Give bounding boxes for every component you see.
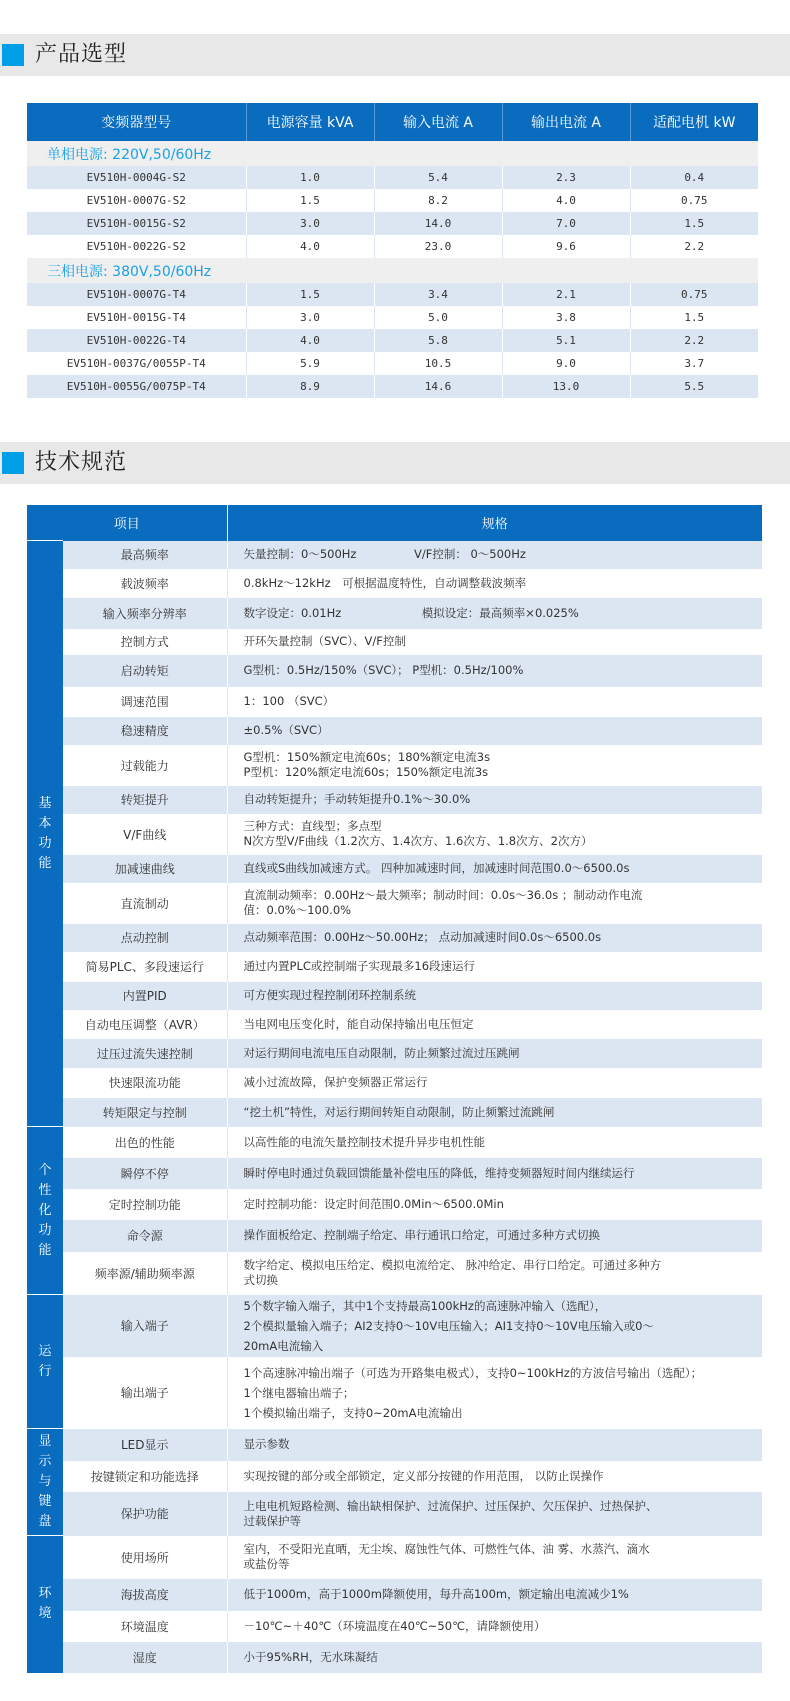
spec-cell: 小于95%RH，无水珠凝结 <box>227 1642 762 1673</box>
spec-line: 矢量控制：0～500Hz V/F控制： 0～500Hz <box>244 547 759 562</box>
table-row: 海拔高度低于1000m，高于1000m降额使用，每升高100m，额定输出电流减少… <box>27 1579 762 1611</box>
motor-kw-cell: 5.5 <box>630 375 758 398</box>
output-current-cell: 13.0 <box>502 375 630 398</box>
column-header: 变频器型号 <box>27 103 246 141</box>
model-cell: EV510H-0015G-T4 <box>27 306 246 329</box>
table-row: EV510H-0022G-T44.05.85.12.2 <box>27 329 758 352</box>
input-current-cell: 8.2 <box>374 189 502 212</box>
motor-kw-cell: 0.75 <box>630 189 758 212</box>
spec-line: －10℃~＋40℃（环境温度在40℃~50℃，请降额使用） <box>244 1619 759 1634</box>
item-cell: 环境温度 <box>63 1611 227 1642</box>
table-row: 直流制动直流制动频率：0.00Hz～最大频率；制动时间：0.0s～36.0s ；… <box>27 883 762 924</box>
spec-cell: －10℃~＋40℃（环境温度在40℃~50℃，请降额使用） <box>227 1611 762 1642</box>
group-row: 单相电源: 220V,50/60Hz <box>27 141 758 166</box>
spec-cell: 矢量控制：0～500Hz V/F控制： 0～500Hz <box>227 541 762 569</box>
input-current-cell: 10.5 <box>374 352 502 375</box>
spec-line: 通过内置PLC或控制端子实现最多16段速运行 <box>244 959 759 974</box>
kva-cell: 3.0 <box>246 306 374 329</box>
spec-line: P型机：120%额定电流60s；150%额定电流3s <box>244 765 759 780</box>
motor-kw-cell: 3.7 <box>630 352 758 375</box>
table-row: 加减速曲线直线或S曲线加减速方式。 四种加减速时间，加减速时间范围0.0～650… <box>27 855 762 883</box>
spec-cell: 实现按键的部分或全部锁定，定义部分按键的作用范围， 以防止误操作 <box>227 1461 762 1492</box>
item-cell: 按键锁定和功能选择 <box>63 1461 227 1492</box>
output-current-cell: 5.1 <box>502 329 630 352</box>
motor-kw-cell: 2.2 <box>630 329 758 352</box>
motor-kw-cell: 1.5 <box>630 306 758 329</box>
column-header: 电源容量 kVA <box>246 103 374 141</box>
input-current-cell: 23.0 <box>374 235 502 258</box>
table-row: EV510H-0004G-S21.05.42.30.4 <box>27 166 758 189</box>
group-label-cell: 基本功能 <box>27 541 63 1127</box>
spec-cell: 5个数字输入端子，其中1个支持最高100kHz的高速脉冲输入（选配），2个模拟量… <box>227 1295 762 1357</box>
spec-line: 开环矢量控制（SVC）、V/F控制 <box>244 634 759 649</box>
section-title: 产品选型 <box>35 39 127 71</box>
table-row: 简易PLC、多段速运行通过内置PLC或控制端子实现最多16段速运行 <box>27 952 762 982</box>
spec-line: ±0.5%（SVC） <box>244 723 759 738</box>
item-cell: 输出端子 <box>63 1357 227 1429</box>
spec-line: 显示参数 <box>244 1437 759 1452</box>
input-current-cell: 5.4 <box>374 166 502 189</box>
spec-cell: 瞬时停电时通过负载回馈能量补偿电压的降低，维持变频器短时间内继续运行 <box>227 1158 762 1189</box>
table-row: 个性化功能出色的性能以高性能的电流矢量控制技术提升异步电机性能 <box>27 1127 762 1158</box>
input-current-cell: 5.0 <box>374 306 502 329</box>
column-header-item: 项目 <box>27 505 227 541</box>
table-row: 输出端子1个高速脉冲输出端子（可选为开路集电极式），支持0~100kHz的方波信… <box>27 1357 762 1429</box>
table-row: 稳速精度±0.5%（SVC） <box>27 717 762 745</box>
input-current-cell: 14.0 <box>374 212 502 235</box>
model-cell: EV510H-0007G-T4 <box>27 283 246 306</box>
spec-line: 减小过流故障，保护变频器正常运行 <box>244 1075 759 1090</box>
table-row: 控制方式开环矢量控制（SVC）、V/F控制 <box>27 629 762 655</box>
item-cell: 过压过流失速控制 <box>63 1039 227 1068</box>
column-header: 输出电流 A <box>502 103 630 141</box>
spec-cell: 点动频率范围：0.00Hz～50.00Hz； 点动加减速时间0.0s～6500.… <box>227 924 762 952</box>
section-marker-icon <box>2 452 24 474</box>
spec-line: 式切换 <box>244 1273 759 1288</box>
column-header: 输入电流 A <box>374 103 502 141</box>
table-row: 运行输入端子5个数字输入端子，其中1个支持最高100kHz的高速脉冲输入（选配）… <box>27 1295 762 1357</box>
item-cell: 点动控制 <box>63 924 227 952</box>
table-row: 过压过流失速控制对运行期间电流电压自动限制，防止频繁过流过压跳闸 <box>27 1039 762 1068</box>
item-cell: 过载能力 <box>63 745 227 786</box>
spec-line: N次方型V/F曲线（1.2次方、1.4次方、1.6次方、1.8次方、2次方） <box>244 834 759 849</box>
motor-kw-cell: 0.4 <box>630 166 758 189</box>
spec-line: 过载保护等 <box>244 1514 759 1529</box>
section-marker-icon <box>2 44 24 66</box>
spec-line: 定时控制功能：设定时间范围0.0Min～6500.0Min <box>244 1197 759 1212</box>
spec-cell: 显示参数 <box>227 1429 762 1461</box>
spec-line: 室内，不受阳光直晒，无尘埃、腐蚀性气体、可燃性气体、油 雾、水蒸汽、滴水 <box>244 1542 759 1557</box>
spec-cell: 减小过流故障，保护变频器正常运行 <box>227 1068 762 1098</box>
output-current-cell: 3.8 <box>502 306 630 329</box>
output-current-cell: 9.6 <box>502 235 630 258</box>
section-title: 技术规范 <box>35 447 127 479</box>
spec-line: 瞬时停电时通过负载回馈能量补偿电压的降低，维持变频器短时间内继续运行 <box>244 1166 759 1181</box>
spec-line: 低于1000m，高于1000m降额使用，每升高100m，额定输出电流减少1% <box>244 1587 759 1602</box>
item-cell: 转矩提升 <box>63 786 227 814</box>
item-cell: 自动电压调整（AVR） <box>63 1010 227 1039</box>
item-cell: 直流制动 <box>63 883 227 924</box>
spec-line: 值：0.0%～100.0% <box>244 903 759 918</box>
kva-cell: 8.9 <box>246 375 374 398</box>
model-cell: EV510H-0055G/0075P-T4 <box>27 375 246 398</box>
table-row: 保护功能上电电机短路检测、输出缺相保护、过流保护、过压保护、欠压保护、过热保护、… <box>27 1492 762 1536</box>
item-cell: 简易PLC、多段速运行 <box>63 952 227 982</box>
spec-cell: 1个高速脉冲输出端子（可选为开路集电极式），支持0~100kHz的方波信号输出（… <box>227 1357 762 1429</box>
spec-line: 实现按键的部分或全部锁定，定义部分按键的作用范围， 以防止误操作 <box>244 1469 759 1484</box>
model-cell: EV510H-0022G-T4 <box>27 329 246 352</box>
section-header-selection: 产品选型 <box>0 34 790 76</box>
spec-cell: 直线或S曲线加减速方式。 四种加减速时间，加减速时间范围0.0～6500.0s <box>227 855 762 883</box>
table-row: 过载能力G型机：150%额定电流60s；180%额定电流3sP型机：120%额定… <box>27 745 762 786</box>
spec-line: 可方便实现过程控制闭环控制系统 <box>244 988 759 1003</box>
table-header-row: 项目 规格 <box>27 505 762 541</box>
motor-kw-cell: 2.2 <box>630 235 758 258</box>
spec-line: 上电电机短路检测、输出缺相保护、过流保护、过压保护、欠压保护、过热保护、 <box>244 1499 759 1514</box>
table-row: 自动电压调整（AVR）当电网电压变化时，能自动保持输出电压恒定 <box>27 1010 762 1039</box>
group-label-cell: 个性化功能 <box>27 1127 63 1295</box>
kva-cell: 3.0 <box>246 212 374 235</box>
group-label: 显示与键盘 <box>38 1432 52 1532</box>
spec-cell: 当电网电压变化时，能自动保持输出电压恒定 <box>227 1010 762 1039</box>
spec-line: 小于95%RH，无水珠凝结 <box>244 1650 759 1665</box>
spec-cell: 1：100 （SVC） <box>227 687 762 717</box>
model-cell: EV510H-0004G-S2 <box>27 166 246 189</box>
spec-cell: 室内，不受阳光直晒，无尘埃、腐蚀性气体、可燃性气体、油 雾、水蒸汽、滴水或盐份等 <box>227 1536 762 1579</box>
table-row: 调速范围1：100 （SVC） <box>27 687 762 717</box>
model-cell: EV510H-0007G-S2 <box>27 189 246 212</box>
spec-line: G型机：150%额定电流60s；180%额定电流3s <box>244 750 759 765</box>
table-row: 内置PID可方便实现过程控制闭环控制系统 <box>27 982 762 1010</box>
group-label: 个性化功能 <box>38 1161 52 1261</box>
table-row: 输入频率分辨率数字设定：0.01Hz 模拟设定：最高频率×0.025% <box>27 598 762 629</box>
item-cell: 稳速精度 <box>63 717 227 745</box>
kva-cell: 1.0 <box>246 166 374 189</box>
spec-cell: 定时控制功能：设定时间范围0.0Min～6500.0Min <box>227 1189 762 1220</box>
spec-line: 以高性能的电流矢量控制技术提升异步电机性能 <box>244 1135 759 1150</box>
spec-cell: 开环矢量控制（SVC）、V/F控制 <box>227 629 762 655</box>
item-cell: 转矩限定与控制 <box>63 1098 227 1127</box>
item-cell: 控制方式 <box>63 629 227 655</box>
spec-cell: 通过内置PLC或控制端子实现最多16段速运行 <box>227 952 762 982</box>
item-cell: 内置PID <box>63 982 227 1010</box>
spec-line: 1个高速脉冲输出端子（可选为开路集电极式），支持0~100kHz的方波信号输出（… <box>244 1363 759 1383</box>
item-cell: 瞬停不停 <box>63 1158 227 1189</box>
column-header: 适配电机 kW <box>630 103 758 141</box>
item-cell: 出色的性能 <box>63 1127 227 1158</box>
item-cell: 加减速曲线 <box>63 855 227 883</box>
spec-cell: 数字设定：0.01Hz 模拟设定：最高频率×0.025% <box>227 598 762 629</box>
spec-line: 数字设定：0.01Hz 模拟设定：最高频率×0.025% <box>244 606 759 621</box>
spec-line: 0.8kHz～12kHz 可根据温度特性，自动调整载波频率 <box>244 576 759 591</box>
item-cell: 使用场所 <box>63 1536 227 1579</box>
table-row: V/F曲线三种方式：直线型；多点型N次方型V/F曲线（1.2次方、1.4次方、1… <box>27 814 762 855</box>
table-row: 定时控制功能定时控制功能：设定时间范围0.0Min～6500.0Min <box>27 1189 762 1220</box>
spec-cell: G型机：0.5Hz/150%（SVC）； P型机：0.5Hz/100% <box>227 655 762 687</box>
group-label: 环境 <box>38 1584 52 1624</box>
spec-line: 1：100 （SVC） <box>244 694 759 709</box>
spec-line: 点动频率范围：0.00Hz～50.00Hz； 点动加减速时间0.0s～6500.… <box>244 930 759 945</box>
spec-cell: 三种方式：直线型；多点型N次方型V/F曲线（1.2次方、1.4次方、1.6次方、… <box>227 814 762 855</box>
kva-cell: 5.9 <box>246 352 374 375</box>
spec-line: 数字给定、模拟电压给定、模拟电流给定、 脉冲给定、串行口给定。可通过多种方 <box>244 1258 759 1273</box>
spec-line: 20mA电流输入 <box>244 1336 759 1356</box>
table-row: EV510H-0037G/0055P-T45.910.59.03.7 <box>27 352 758 375</box>
item-cell: 调速范围 <box>63 687 227 717</box>
output-current-cell: 7.0 <box>502 212 630 235</box>
table-row: 湿度小于95%RH，无水珠凝结 <box>27 1642 762 1673</box>
spec-line: 自动转矩提升；手动转矩提升0.1%～30.0% <box>244 792 759 807</box>
kva-cell: 1.5 <box>246 283 374 306</box>
table-row: 快速限流功能减小过流故障，保护变频器正常运行 <box>27 1068 762 1098</box>
group-label-cell: 显示与键盘 <box>27 1429 63 1536</box>
spec-cell: 低于1000m，高于1000m降额使用，每升高100m，额定输出电流减少1% <box>227 1579 762 1611</box>
spec-line: 操作面板给定、控制端子给定、串行通讯口给定，可通过多种方式切换 <box>244 1228 759 1243</box>
table-row: 转矩提升自动转矩提升；手动转矩提升0.1%～30.0% <box>27 786 762 814</box>
output-current-cell: 2.3 <box>502 166 630 189</box>
input-current-cell: 14.6 <box>374 375 502 398</box>
item-cell: 命令源 <box>63 1220 227 1252</box>
model-cell: EV510H-0037G/0055P-T4 <box>27 352 246 375</box>
item-cell: 海拔高度 <box>63 1579 227 1611</box>
table-row: 基本功能最高频率矢量控制：0～500Hz V/F控制： 0～500Hz <box>27 541 762 569</box>
table-row: EV510H-0015G-T43.05.03.81.5 <box>27 306 758 329</box>
item-cell: 最高频率 <box>63 541 227 569</box>
table-row: EV510H-0015G-S23.014.07.01.5 <box>27 212 758 235</box>
group-row: 三相电源: 380V,50/60Hz <box>27 258 758 283</box>
spec-line: 当电网电压变化时，能自动保持输出电压恒定 <box>244 1017 759 1032</box>
spec-line: 三种方式：直线型；多点型 <box>244 819 759 834</box>
spec-cell: ±0.5%（SVC） <box>227 717 762 745</box>
model-cell: EV510H-0015G-S2 <box>27 212 246 235</box>
item-cell: 快速限流功能 <box>63 1068 227 1098</box>
spec-table: 项目 规格 基本功能最高频率矢量控制：0～500Hz V/F控制： 0～500H… <box>27 505 762 1673</box>
item-cell: 启动转矩 <box>63 655 227 687</box>
item-cell: LED显示 <box>63 1429 227 1461</box>
spec-line: G型机：0.5Hz/150%（SVC）； P型机：0.5Hz/100% <box>244 663 759 678</box>
model-cell: EV510H-0022G-S2 <box>27 235 246 258</box>
spec-cell: G型机：150%额定电流60s；180%额定电流3sP型机：120%额定电流60… <box>227 745 762 786</box>
kva-cell: 1.5 <box>246 189 374 212</box>
selection-table: 变频器型号 电源容量 kVA 输入电流 A 输出电流 A 适配电机 kW 单相电… <box>27 103 758 398</box>
group-label: 三相电源: 380V,50/60Hz <box>27 258 758 283</box>
item-cell: 湿度 <box>63 1642 227 1673</box>
item-cell: 载波频率 <box>63 569 227 598</box>
output-current-cell: 2.1 <box>502 283 630 306</box>
motor-kw-cell: 1.5 <box>630 212 758 235</box>
output-current-cell: 4.0 <box>502 189 630 212</box>
column-header-spec: 规格 <box>227 505 762 541</box>
section-header-spec: 技术规范 <box>0 442 790 484</box>
spec-line: 对运行期间电流电压自动限制，防止频繁过流过压跳闸 <box>244 1046 759 1061</box>
input-current-cell: 5.8 <box>374 329 502 352</box>
spec-cell: 操作面板给定、控制端子给定、串行通讯口给定，可通过多种方式切换 <box>227 1220 762 1252</box>
group-label-cell: 运行 <box>27 1295 63 1429</box>
input-current-cell: 3.4 <box>374 283 502 306</box>
group-label-cell: 环境 <box>27 1536 63 1673</box>
table-row: EV510H-0022G-S24.023.09.62.2 <box>27 235 758 258</box>
table-row: EV510H-0007G-S21.58.24.00.75 <box>27 189 758 212</box>
spec-line: 1个模拟输出端子，支持0~20mA电流输出 <box>244 1403 759 1423</box>
table-row: 启动转矩G型机：0.5Hz/150%（SVC）； P型机：0.5Hz/100% <box>27 655 762 687</box>
item-cell: 频率源/辅助频率源 <box>63 1252 227 1295</box>
item-cell: 保护功能 <box>63 1492 227 1536</box>
table-row: 瞬停不停瞬时停电时通过负载回馈能量补偿电压的降低，维持变频器短时间内继续运行 <box>27 1158 762 1189</box>
spec-cell: 对运行期间电流电压自动限制，防止频繁过流过压跳闸 <box>227 1039 762 1068</box>
item-cell: V/F曲线 <box>63 814 227 855</box>
table-row: 环境温度－10℃~＋40℃（环境温度在40℃~50℃，请降额使用） <box>27 1611 762 1642</box>
spec-cell: 可方便实现过程控制闭环控制系统 <box>227 982 762 1010</box>
output-current-cell: 9.0 <box>502 352 630 375</box>
spec-line: 1个继电器输出端子； <box>244 1383 759 1403</box>
spec-cell: “挖土机”特性，对运行期间转矩自动限制，防止频繁过流跳闸 <box>227 1098 762 1127</box>
group-label: 运行 <box>38 1342 52 1382</box>
table-row: 环境使用场所室内，不受阳光直晒，无尘埃、腐蚀性气体、可燃性气体、油 雾、水蒸汽、… <box>27 1536 762 1579</box>
group-label: 单相电源: 220V,50/60Hz <box>27 141 758 166</box>
spec-line: 直流制动频率：0.00Hz～最大频率；制动时间：0.0s～36.0s ；制动动作… <box>244 888 759 903</box>
spec-cell: 0.8kHz～12kHz 可根据温度特性，自动调整载波频率 <box>227 569 762 598</box>
item-cell: 输入端子 <box>63 1295 227 1357</box>
kva-cell: 4.0 <box>246 235 374 258</box>
motor-kw-cell: 0.75 <box>630 283 758 306</box>
table-row: 点动控制点动频率范围：0.00Hz～50.00Hz； 点动加减速时间0.0s～6… <box>27 924 762 952</box>
table-row: 命令源操作面板给定、控制端子给定、串行通讯口给定，可通过多种方式切换 <box>27 1220 762 1252</box>
spec-cell: 数字给定、模拟电压给定、模拟电流给定、 脉冲给定、串行口给定。可通过多种方式切换 <box>227 1252 762 1295</box>
spec-cell: 上电电机短路检测、输出缺相保护、过流保护、过压保护、欠压保护、过热保护、过载保护… <box>227 1492 762 1536</box>
spec-cell: 直流制动频率：0.00Hz～最大频率；制动时间：0.0s～36.0s ；制动动作… <box>227 883 762 924</box>
item-cell: 定时控制功能 <box>63 1189 227 1220</box>
spec-line: 5个数字输入端子，其中1个支持最高100kHz的高速脉冲输入（选配）， <box>244 1296 759 1316</box>
table-row: 转矩限定与控制“挖土机”特性，对运行期间转矩自动限制，防止频繁过流跳闸 <box>27 1098 762 1127</box>
table-row: 按键锁定和功能选择实现按键的部分或全部锁定，定义部分按键的作用范围， 以防止误操… <box>27 1461 762 1492</box>
spec-cell: 自动转矩提升；手动转矩提升0.1%～30.0% <box>227 786 762 814</box>
spec-line: 2个模拟量输入端子；AI2支持0～10V电压输入；AI1支持0～10V电压输入或… <box>244 1316 759 1336</box>
table-row: EV510H-0007G-T41.53.42.10.75 <box>27 283 758 306</box>
table-row: EV510H-0055G/0075P-T48.914.613.05.5 <box>27 375 758 398</box>
table-row: 频率源/辅助频率源数字给定、模拟电压给定、模拟电流给定、 脉冲给定、串行口给定。… <box>27 1252 762 1295</box>
spec-line: 直线或S曲线加减速方式。 四种加减速时间，加减速时间范围0.0～6500.0s <box>244 861 759 876</box>
spec-line: “挖土机”特性，对运行期间转矩自动限制，防止频繁过流跳闸 <box>244 1105 759 1120</box>
kva-cell: 4.0 <box>246 329 374 352</box>
spec-line: 或盐份等 <box>244 1557 759 1572</box>
table-header-row: 变频器型号 电源容量 kVA 输入电流 A 输出电流 A 适配电机 kW <box>27 103 758 141</box>
table-row: 显示与键盘LED显示显示参数 <box>27 1429 762 1461</box>
table-row: 载波频率0.8kHz～12kHz 可根据温度特性，自动调整载波频率 <box>27 569 762 598</box>
group-label: 基本功能 <box>38 794 52 874</box>
item-cell: 输入频率分辨率 <box>63 598 227 629</box>
spec-cell: 以高性能的电流矢量控制技术提升异步电机性能 <box>227 1127 762 1158</box>
